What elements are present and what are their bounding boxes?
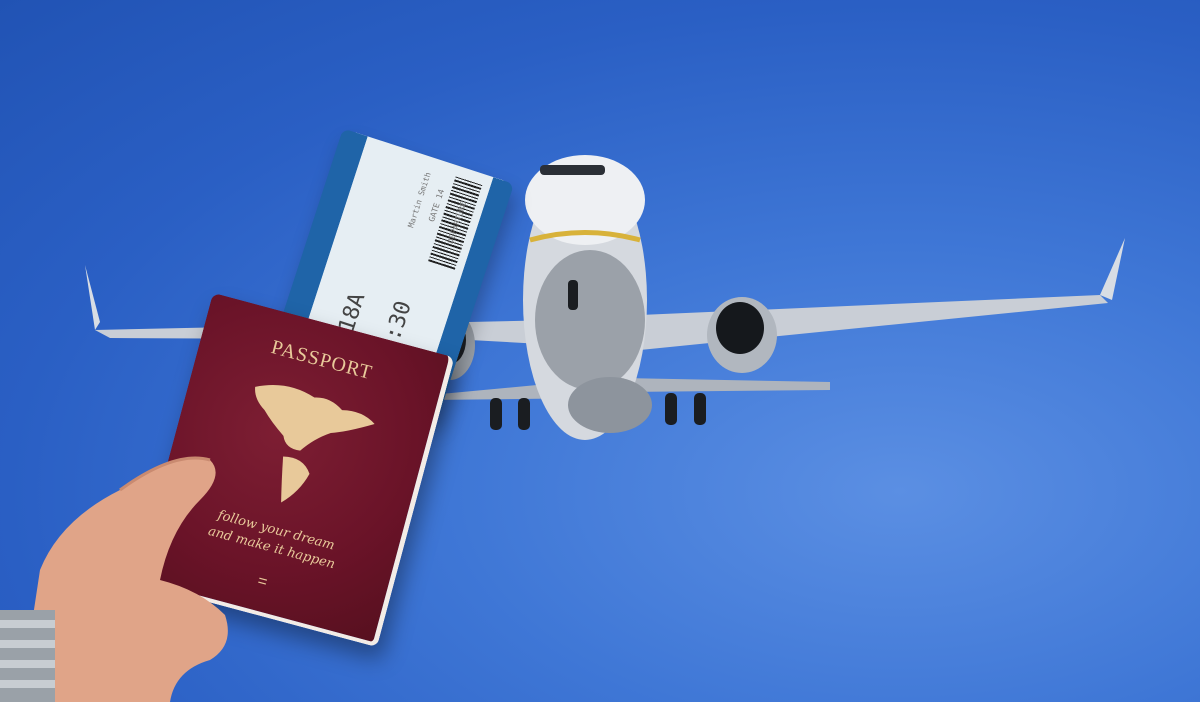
photo-scene: TICKET ✈ AIRLINE BUSINESS CLASS Martin S…	[0, 0, 1200, 702]
plane-icon: ✈	[306, 239, 326, 257]
airline-label: AIRLINE	[320, 181, 345, 229]
world-map-icon	[217, 365, 386, 527]
hand-image	[0, 430, 240, 702]
